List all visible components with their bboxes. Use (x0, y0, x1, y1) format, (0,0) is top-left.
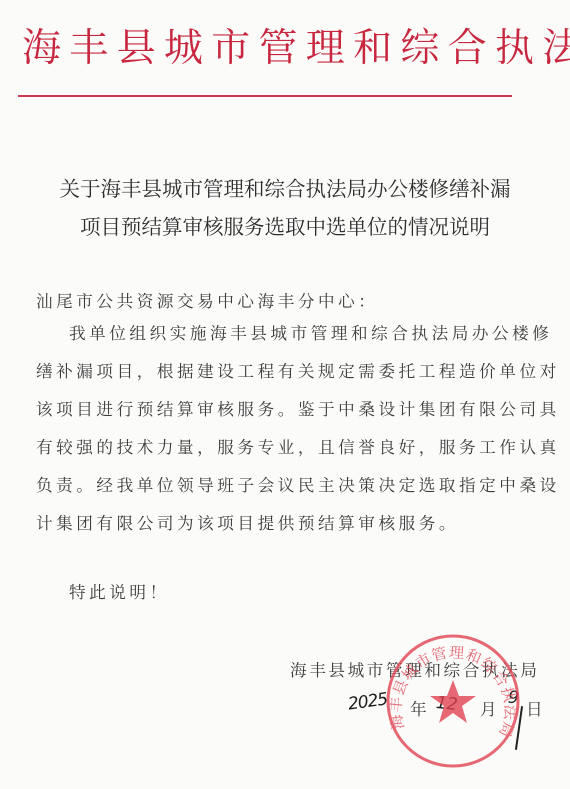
handwritten-year: 2025 (347, 689, 389, 714)
document-title-line-2: 项目预结算审核服务选取中选单位的情况说明 (0, 213, 570, 241)
signature-org-name: 海丰县城市管理和综合执法局 (290, 660, 540, 682)
body-line: 有较强的技术力量，服务专业，且信誉良好，服务工作认真 (36, 437, 560, 459)
masthead-org-name: 海丰县城市管理和综合执法局 (22, 24, 552, 74)
signature-date: 2025 年 12 月 9 日 (340, 692, 550, 732)
body-line: 缮补漏项目，根据建设工程有关规定需委托工程造价单位对 (36, 361, 560, 383)
body-line: 该项目进行预结算审核服务。鉴于中桑设计集团有限公司具 (36, 399, 560, 421)
handwritten-month: 12 (435, 693, 459, 715)
month-label: 月 (480, 696, 497, 720)
body-line: 负责。经我单位领导班子会议民主决策决定选取指定中桑设 (36, 475, 560, 497)
body-line: 计集团有限公司为该项目提供预结算审核服务。 (36, 513, 459, 535)
handwritten-stroke (515, 706, 523, 750)
body-line: 我单位组织实施海丰县城市管理和综合执法局办公楼修 (69, 323, 552, 345)
day-label: 日 (526, 696, 543, 720)
masthead-divider (18, 95, 512, 97)
recipient: 汕尾市公共资源交易中心海丰分中心： (36, 291, 378, 313)
closing-remark: 特此说明！ (69, 582, 170, 604)
document-title-line-1: 关于海丰县城市管理和综合执法局办公楼修缮补漏 (0, 175, 570, 203)
handwritten-day: 9 (507, 688, 519, 709)
year-label: 年 (410, 696, 427, 720)
